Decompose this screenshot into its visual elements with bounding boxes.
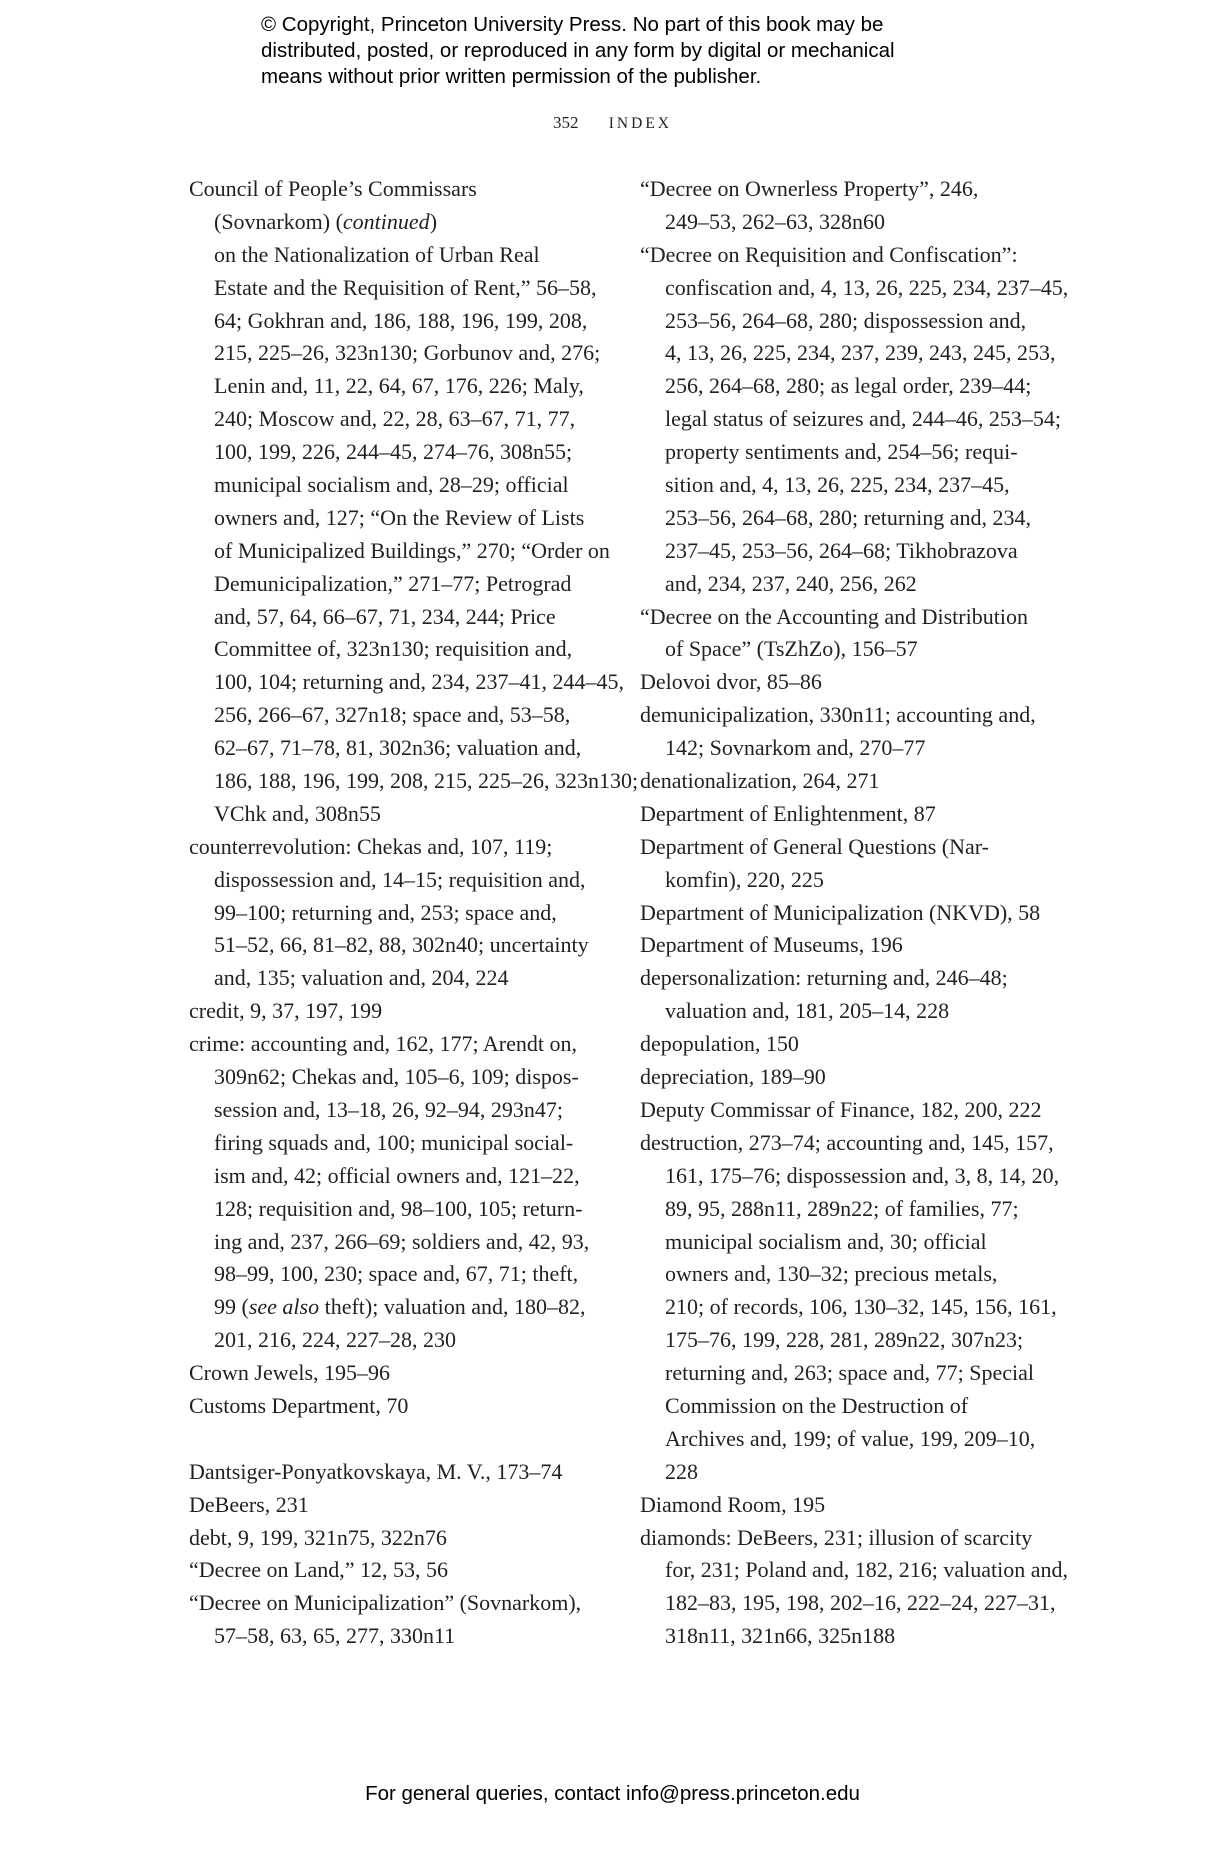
index-subline: 98–99, 100, 230; space and, 67, 71; thef… — [189, 1258, 589, 1291]
index-entry-line: Department of Municipalization (NKVD), 5… — [640, 897, 1060, 930]
index-subline: firing squads and, 100; municipal social… — [189, 1127, 589, 1160]
index-subline: owners and, 130–32; precious metals, — [640, 1258, 1060, 1291]
index-subline: 99–100; returning and, 253; space and, — [189, 897, 589, 930]
index-entry-line: demunicipalization, 330n11; accounting a… — [640, 699, 1060, 732]
index-entry-line: crime: accounting and, 162, 177; Arendt … — [189, 1028, 589, 1061]
index-subline: 210; of records, 106, 130–32, 145, 156, … — [640, 1291, 1060, 1324]
index-column-left: Council of People’s Commissars(Sovnarkom… — [189, 173, 589, 1653]
index-subline: and, 234, 237, 240, 256, 262 — [640, 568, 1060, 601]
index-subline: VChk and, 308n55 — [189, 798, 589, 831]
index-subline: on the Nationalization of Urban Real — [189, 239, 589, 272]
index-entry-line: diamonds: DeBeers, 231; illusion of scar… — [640, 1522, 1060, 1555]
index-entry-line: credit, 9, 37, 197, 199 — [189, 995, 589, 1028]
index-entry-line: Customs Department, 70 — [189, 1390, 589, 1423]
index-entry-line: Crown Jewels, 195–96 — [189, 1357, 589, 1390]
index-subline: 318n11, 321n66, 325n188 — [640, 1620, 1060, 1653]
index-subline: 57–58, 63, 65, 277, 330n11 — [189, 1620, 589, 1653]
index-subline: municipal socialism and, 28–29; official — [189, 469, 589, 502]
copyright-line: means without prior written permission o… — [261, 64, 1021, 90]
index-subline: for, 231; Poland and, 182, 216; valuatio… — [640, 1554, 1060, 1587]
index-subline: 89, 95, 288n11, 289n22; of families, 77; — [640, 1193, 1060, 1226]
index-entry-line: Department of General Questions (Nar- — [640, 831, 1060, 864]
index-entry-line: Diamond Room, 195 — [640, 1489, 1060, 1522]
index-entry-line: Dantsiger-Ponyatkovskaya, M. V., 173–74 — [189, 1456, 589, 1489]
index-entry-line: “Decree on Land,” 12, 53, 56 — [189, 1554, 589, 1587]
index-subline: Demunicipalization,” 271–77; Petrograd — [189, 568, 589, 601]
italic-phrase: continued — [343, 209, 430, 234]
index-subline: 51–52, 66, 81–82, 88, 302n40; uncertaint… — [189, 929, 589, 962]
index-entry-line: “Decree on Municipalization” (Sovnarkom)… — [189, 1587, 589, 1620]
index-subline: dispossession and, 14–15; requisition an… — [189, 864, 589, 897]
index-subline: 161, 175–76; dispossession and, 3, 8, 14… — [640, 1160, 1060, 1193]
index-entry-line: “Decree on Ownerless Property”, 246, — [640, 173, 1060, 206]
index-entry-line: destruction, 273–74; accounting and, 145… — [640, 1127, 1060, 1160]
index-entry-line: denationalization, 264, 271 — [640, 765, 1060, 798]
section-title: INDEX — [609, 115, 672, 132]
index-subline: and, 57, 64, 66–67, 71, 234, 244; Price — [189, 601, 589, 634]
index-subline: of Municipalized Buildings,” 270; “Order… — [189, 535, 589, 568]
index-subline: 142; Sovnarkom and, 270–77 — [640, 732, 1060, 765]
index-subline: 128; requisition and, 98–100, 105; retur… — [189, 1193, 589, 1226]
index-subline: owners and, 127; “On the Review of Lists — [189, 502, 589, 535]
index-column-right: “Decree on Ownerless Property”, 246,249–… — [640, 173, 1060, 1653]
index-entry-line: “Decree on Requisition and Confiscation”… — [640, 239, 1060, 272]
index-subline: of Space” (TsZhZo), 156–57 — [640, 633, 1060, 666]
index-subline: ism and, 42; official owners and, 121–22… — [189, 1160, 589, 1193]
index-subline: 253–56, 264–68, 280; returning and, 234, — [640, 502, 1060, 535]
index-subline: 100, 199, 226, 244–45, 274–76, 308n55; — [189, 436, 589, 469]
index-subline: municipal socialism and, 30; official — [640, 1226, 1060, 1259]
index-entry-line: Council of People’s Commissars — [189, 173, 589, 206]
index-subline: confiscation and, 4, 13, 26, 225, 234, 2… — [640, 272, 1060, 305]
index-subline: 201, 216, 224, 227–28, 230 — [189, 1324, 589, 1357]
italic-phrase: see also — [249, 1294, 319, 1319]
index-entry-line: depopulation, 150 — [640, 1028, 1060, 1061]
index-subline: Committee of, 323n130; requisition and, — [189, 633, 589, 666]
section-gap — [189, 1423, 589, 1456]
index-subline: 249–53, 262–63, 328n60 — [640, 206, 1060, 239]
index-subline: 4, 13, 26, 225, 234, 237, 239, 243, 245,… — [640, 337, 1060, 370]
index-subline: 228 — [640, 1456, 1060, 1489]
index-subline: 215, 225–26, 323n130; Gorbunov and, 276; — [189, 337, 589, 370]
index-subline: 237–45, 253–56, 264–68; Tikhobrazova — [640, 535, 1060, 568]
index-entry-line: Delovoi dvor, 85–86 — [640, 666, 1060, 699]
index-subline: Commission on the Destruction of — [640, 1390, 1060, 1423]
index-subline: komfin), 220, 225 — [640, 864, 1060, 897]
index-subline: 253–56, 264–68, 280; dispossession and, — [640, 305, 1060, 338]
index-subline: 99 (see also theft); valuation and, 180–… — [189, 1291, 589, 1324]
index-entry-line: depersonalization: returning and, 246–48… — [640, 962, 1060, 995]
index-subline: legal status of seizures and, 244–46, 25… — [640, 403, 1060, 436]
index-subline: 256, 264–68, 280; as legal order, 239–44… — [640, 370, 1060, 403]
index-subline: ing and, 237, 266–69; soldiers and, 42, … — [189, 1226, 589, 1259]
index-entry-line: Deputy Commissar of Finance, 182, 200, 2… — [640, 1094, 1060, 1127]
index-subline: Lenin and, 11, 22, 64, 67, 176, 226; Mal… — [189, 370, 589, 403]
index-subline: 64; Gokhran and, 186, 188, 196, 199, 208… — [189, 305, 589, 338]
index-subline: Estate and the Requisition of Rent,” 56–… — [189, 272, 589, 305]
footer-contact: For general queries, contact info@press.… — [0, 1782, 1225, 1806]
index-subline: valuation and, 181, 205–14, 228 — [640, 995, 1060, 1028]
index-entry-line: “Decree on the Accounting and Distributi… — [640, 601, 1060, 634]
index-subline: (Sovnarkom) (continued) — [189, 206, 589, 239]
index-subline: property sentiments and, 254–56; requi- — [640, 436, 1060, 469]
index-subline: session and, 13–18, 26, 92–94, 293n47; — [189, 1094, 589, 1127]
index-entry-line: debt, 9, 199, 321n75, 322n76 — [189, 1522, 589, 1555]
index-entry-line: DeBeers, 231 — [189, 1489, 589, 1522]
index-subline: returning and, 263; space and, 77; Speci… — [640, 1357, 1060, 1390]
running-head: 352 INDEX — [0, 113, 1225, 133]
index-entry-line: counterrevolution: Chekas and, 107, 119; — [189, 831, 589, 864]
index-subline: sition and, 4, 13, 26, 225, 234, 237–45, — [640, 469, 1060, 502]
index-subline: 62–67, 71–78, 81, 302n36; valuation and, — [189, 732, 589, 765]
copyright-line: distributed, posted, or reproduced in an… — [261, 38, 1021, 64]
index-subline: 100, 104; returning and, 234, 237–41, 24… — [189, 666, 589, 699]
copyright-line: © Copyright, Princeton University Press.… — [261, 12, 1021, 38]
index-subline: 256, 266–67, 327n18; space and, 53–58, — [189, 699, 589, 732]
index-entry-line: depreciation, 189–90 — [640, 1061, 1060, 1094]
index-subline: 186, 188, 196, 199, 208, 215, 225–26, 32… — [189, 765, 589, 798]
page-number: 352 — [553, 113, 579, 132]
index-subline: 182–83, 195, 198, 202–16, 222–24, 227–31… — [640, 1587, 1060, 1620]
index-subline: 175–76, 199, 228, 281, 289n22, 307n23; — [640, 1324, 1060, 1357]
index-entry-line: Department of Enlightenment, 87 — [640, 798, 1060, 831]
index-subline: Archives and, 199; of value, 199, 209–10… — [640, 1423, 1060, 1456]
index-subline: 309n62; Chekas and, 105–6, 109; dispos- — [189, 1061, 589, 1094]
index-subline: and, 135; valuation and, 204, 224 — [189, 962, 589, 995]
copyright-notice: © Copyright, Princeton University Press.… — [261, 12, 1021, 90]
index-subline: 240; Moscow and, 22, 28, 63–67, 71, 77, — [189, 403, 589, 436]
index-entry-line: Department of Museums, 196 — [640, 929, 1060, 962]
